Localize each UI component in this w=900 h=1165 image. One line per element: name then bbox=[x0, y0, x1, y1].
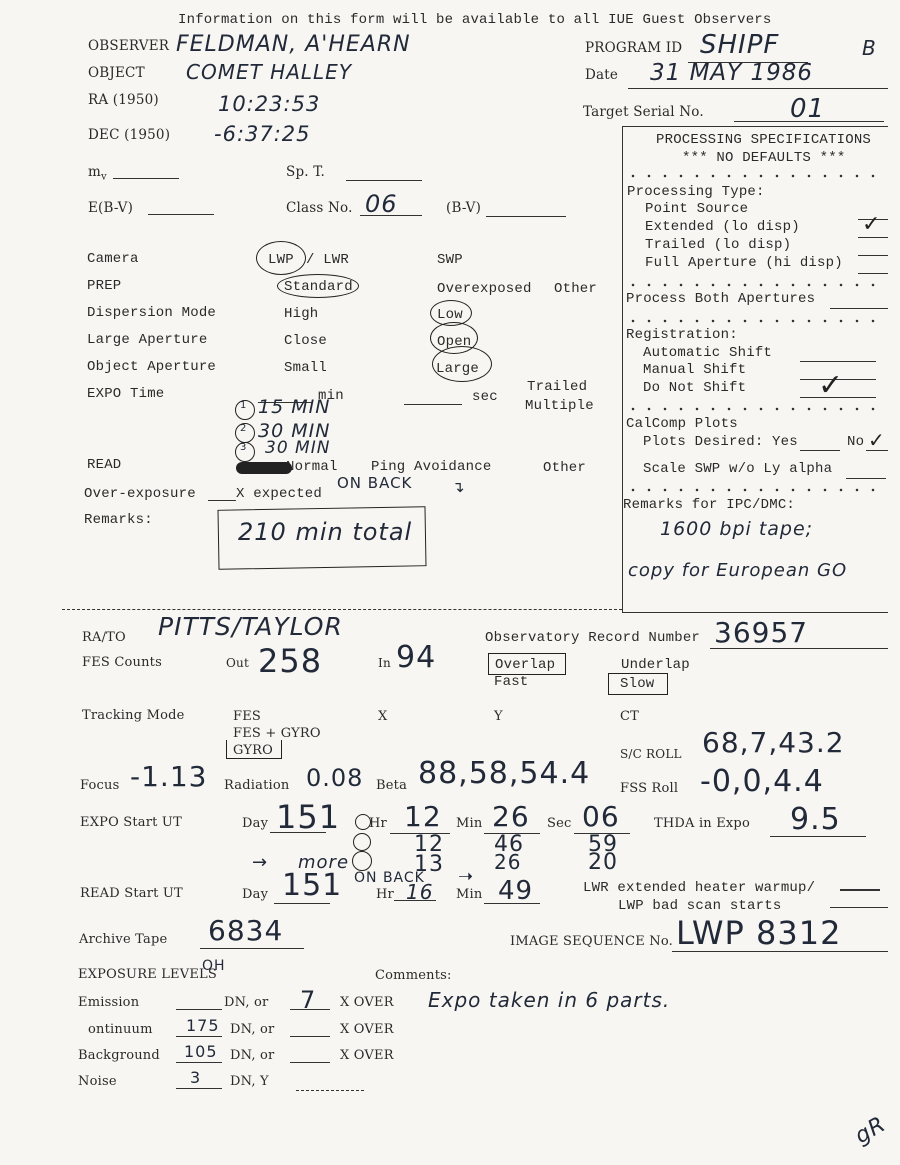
registration-manual[interactable]: Manual Shift bbox=[643, 362, 746, 378]
ipc-remarks-label: Remarks for IPC/DMC: bbox=[623, 497, 795, 513]
read-start-min-label: Min bbox=[456, 887, 482, 902]
ipc-remarks-line-1[interactable]: 1600 bpi tape; bbox=[660, 518, 813, 540]
archive-tape-value[interactable]: 6834 bbox=[208, 914, 283, 947]
expo-entry-2-num: 2 bbox=[240, 423, 247, 434]
read-label: READ bbox=[87, 457, 121, 473]
archive-tape-line bbox=[200, 948, 304, 949]
prep-label: PREP bbox=[87, 278, 121, 294]
mv-field[interactable] bbox=[113, 178, 179, 179]
class-no-label: Class No. bbox=[286, 200, 353, 216]
prep-option-overexposed[interactable]: Overexposed bbox=[437, 281, 532, 297]
target-serial-label: Target Serial No. bbox=[583, 104, 704, 120]
type-point-source[interactable]: Point Source bbox=[645, 201, 748, 217]
observer-value[interactable]: FELDMAN, A'HEARN bbox=[176, 32, 411, 57]
camera-selection-circle bbox=[256, 241, 306, 275]
noise-dn-y: DN, Y bbox=[230, 1074, 269, 1089]
dec-value[interactable]: -6:37:25 bbox=[214, 122, 311, 146]
expo-start-min-label: Min bbox=[456, 816, 482, 831]
read-start-hr-label: Hr bbox=[376, 887, 394, 902]
expo-row-3-circle bbox=[352, 851, 372, 871]
scale-swp-label: Scale SWP w/o Ly alpha bbox=[643, 461, 832, 477]
dotted-divider bbox=[625, 407, 887, 411]
plots-desired-label: Plots Desired: Yes bbox=[643, 434, 798, 450]
dispersion-option-high[interactable]: High bbox=[284, 306, 318, 322]
fss-roll-label: FSS Roll bbox=[620, 781, 678, 796]
obs-record-value[interactable]: 36957 bbox=[714, 616, 808, 649]
date-label: Date bbox=[585, 67, 618, 83]
read-start-min-value[interactable]: 49 bbox=[498, 876, 533, 906]
lwr-heater-field[interactable] bbox=[840, 889, 880, 891]
ra-label: RA (1950) bbox=[88, 92, 159, 108]
over-exposure-suffix: X expected bbox=[236, 486, 322, 502]
plots-yes-field[interactable] bbox=[800, 450, 840, 451]
continuum-label: ontinuum bbox=[88, 1022, 153, 1037]
read-start-day-value[interactable]: 151 bbox=[282, 868, 342, 903]
panel-top-border bbox=[622, 126, 888, 127]
expo-start-label: EXPO Start UT bbox=[80, 815, 182, 830]
large-aperture-label: Large Aperture bbox=[87, 332, 207, 348]
object-aperture-option-small[interactable]: Small bbox=[284, 360, 327, 376]
tracking-option-fes[interactable]: FES bbox=[233, 709, 261, 724]
focus-label: Focus bbox=[80, 778, 119, 793]
checkmark-icon: ✓ bbox=[868, 428, 885, 452]
beta-label: Beta bbox=[376, 778, 407, 793]
sc-roll-label: S/C ROLL bbox=[620, 747, 682, 761]
read-note: ON BACK bbox=[337, 474, 412, 492]
expo-sec-label: sec bbox=[472, 389, 498, 405]
section-separator bbox=[62, 609, 622, 610]
radiation-label: Radiation bbox=[224, 778, 289, 793]
remarks-value[interactable]: 210 min total bbox=[238, 518, 412, 546]
expo-multiple[interactable]: Multiple bbox=[525, 398, 594, 414]
object-label: OBJECT bbox=[88, 65, 145, 81]
background-dn-or: DN, or bbox=[230, 1048, 274, 1063]
fes-fast[interactable]: Fast bbox=[494, 674, 528, 690]
process-both-apertures: Process Both Apertures bbox=[626, 291, 815, 307]
thda-label: THDA in Expo bbox=[654, 816, 750, 831]
camera-option-lwr[interactable]: / LWR bbox=[306, 252, 349, 268]
expo-row-3-min[interactable]: 26 bbox=[494, 850, 521, 874]
date-value[interactable]: 31 MAY 1986 bbox=[650, 60, 813, 86]
program-id-label: PROGRAM ID bbox=[585, 40, 682, 56]
expo-entry-1-num: 1 bbox=[240, 400, 247, 411]
dotted-divider bbox=[625, 174, 887, 178]
thda-value[interactable]: 9.5 bbox=[790, 802, 841, 837]
dec-label: DEC (1950) bbox=[88, 127, 170, 143]
expo-row-2-circle bbox=[353, 833, 371, 851]
expo-start-day-value[interactable]: 151 bbox=[276, 798, 340, 836]
calcomp-label: CalComp Plots bbox=[626, 416, 738, 432]
sp-t-label: Sp. T. bbox=[286, 164, 325, 180]
obs-record-line bbox=[710, 648, 888, 649]
dotted-divider bbox=[625, 283, 887, 287]
object-aperture-label: Object Aperture bbox=[87, 359, 216, 375]
type-extended[interactable]: Extended (lo disp) bbox=[645, 219, 800, 235]
image-seq-value[interactable]: LWP 8312 bbox=[676, 914, 841, 952]
bv-field[interactable] bbox=[486, 216, 566, 217]
emission-dn-field[interactable] bbox=[176, 1009, 222, 1010]
image-seq-label: IMAGE SEQUENCE No. bbox=[510, 934, 673, 949]
expo-start-hr-label: Hr bbox=[369, 816, 387, 831]
panel-left-border bbox=[622, 126, 623, 612]
class-no-value[interactable]: 06 bbox=[365, 190, 398, 218]
expo-row-1-sec[interactable]: 06 bbox=[582, 800, 620, 833]
noise-label: Noise bbox=[78, 1074, 117, 1089]
form-notice: Information on this form will be availab… bbox=[178, 12, 772, 28]
read-min-line bbox=[484, 903, 540, 904]
target-serial-line bbox=[734, 121, 884, 122]
over-exposure-label: Over-exposure bbox=[84, 486, 196, 502]
observer-label: OBSERVER bbox=[88, 38, 169, 54]
beta-value[interactable]: 88,58,54.4 bbox=[418, 756, 590, 791]
noise-dn-field[interactable] bbox=[176, 1088, 222, 1089]
archive-tape-label: Archive Tape bbox=[79, 932, 167, 947]
gyro-selection-box bbox=[226, 740, 282, 759]
expo-time-label: EXPO Time bbox=[87, 386, 164, 402]
emission-x-over-label: X OVER bbox=[340, 995, 394, 1010]
expo-row-1-min[interactable]: 26 bbox=[492, 800, 530, 833]
object-value[interactable]: COMET HALLEY bbox=[186, 60, 352, 84]
continuum-dn-or: DN, or bbox=[230, 1022, 274, 1037]
program-id-value[interactable]: SHIPF bbox=[700, 30, 779, 60]
continuum-dn-value[interactable]: 175 bbox=[186, 1016, 220, 1035]
date-line bbox=[628, 88, 888, 89]
processing-subtitle: *** NO DEFAULTS *** bbox=[682, 150, 845, 166]
ra-to-label: RA/TO bbox=[82, 630, 126, 645]
background-x-over-field[interactable] bbox=[290, 1062, 330, 1063]
read-start-day-label: Day bbox=[242, 887, 268, 902]
noise-dn-value[interactable]: 3 bbox=[190, 1068, 201, 1087]
slow-selection-box bbox=[608, 673, 668, 695]
class-no-line bbox=[360, 215, 422, 216]
background-x-over-label: X OVER bbox=[340, 1048, 394, 1063]
lwp-bad-scan-field[interactable] bbox=[830, 907, 888, 908]
camera-label: Camera bbox=[87, 251, 139, 267]
emission-x-over-value[interactable]: 7 bbox=[300, 986, 316, 1014]
image-seq-line bbox=[672, 951, 888, 952]
fss-roll-value[interactable]: -0,0,4.4 bbox=[700, 764, 824, 799]
fes-in-label: In bbox=[378, 656, 391, 670]
type-trailed-field[interactable] bbox=[858, 255, 888, 256]
obs-record-label: Observatory Record Number bbox=[485, 630, 700, 646]
lwr-heater-line2: LWP bad scan starts bbox=[618, 898, 781, 914]
expo-entry-3-num: 3 bbox=[240, 442, 247, 453]
read-hr-line bbox=[394, 900, 436, 901]
expo-entry-3-value[interactable]: 30 MIN bbox=[265, 438, 330, 458]
tracking-x: X bbox=[378, 709, 387, 724]
exposure-levels-note: OH bbox=[202, 958, 226, 974]
exposure-levels-label: EXPOSURE LEVELS bbox=[78, 967, 217, 982]
dotted-divider bbox=[625, 488, 887, 492]
continuum-dn-field[interactable] bbox=[176, 1036, 222, 1037]
read-option-normal[interactable]: Normal bbox=[286, 459, 338, 475]
ebv-label: E(B-V) bbox=[88, 200, 133, 216]
arrow-right-icon: → bbox=[252, 852, 268, 873]
initials: gR bbox=[851, 1112, 891, 1149]
process-both-apertures-field[interactable] bbox=[830, 308, 888, 309]
read-option-ping-avoidance[interactable]: Ping Avoidance bbox=[371, 459, 491, 475]
type-full-aperture-field[interactable] bbox=[858, 273, 888, 274]
fes-counts-label: FES Counts bbox=[82, 655, 162, 670]
processing-type-label: Processing Type: bbox=[627, 184, 765, 200]
noise-y-field[interactable] bbox=[296, 1090, 364, 1091]
panel-bottom-border bbox=[622, 612, 888, 613]
fes-underlap[interactable]: Underlap bbox=[621, 657, 690, 673]
expo-start-day-label: Day bbox=[242, 816, 268, 831]
registration-automatic[interactable]: Automatic Shift bbox=[643, 345, 772, 361]
checkmark-icon: ✓ bbox=[818, 368, 843, 403]
read-option-other[interactable]: Other bbox=[543, 460, 586, 476]
thda-line bbox=[770, 836, 866, 837]
checkmark-icon: ✓ bbox=[862, 212, 880, 237]
expo-row-3-sec[interactable]: 20 bbox=[588, 850, 618, 875]
tracking-option-fes-gyro[interactable]: FES + GYRO bbox=[233, 726, 321, 741]
radiation-value[interactable]: 0.08 bbox=[306, 764, 363, 792]
ebv-field[interactable] bbox=[148, 214, 214, 215]
arrow-down-icon: ↴ bbox=[452, 478, 466, 496]
sp-t-field[interactable] bbox=[346, 180, 422, 181]
ra-value[interactable]: 10:23:53 bbox=[218, 92, 320, 116]
continuum-x-over-field[interactable] bbox=[290, 1036, 330, 1037]
bv-label: (B-V) bbox=[446, 200, 481, 216]
object-aperture-selection-circle bbox=[432, 346, 492, 382]
lwr-heater-line1: LWR extended heater warmup/ bbox=[583, 880, 815, 896]
expo-sec-field[interactable] bbox=[404, 404, 462, 405]
comments-label: Comments: bbox=[375, 968, 452, 983]
expo-day-line bbox=[270, 832, 326, 833]
expo-entry-1-value[interactable]: 15 MIN bbox=[258, 396, 330, 418]
over-exposure-field[interactable] bbox=[208, 500, 236, 501]
tracking-y: Y bbox=[494, 709, 503, 724]
fes-out-value[interactable]: 258 bbox=[258, 642, 322, 680]
type-full-aperture[interactable]: Full Aperture (hi disp) bbox=[645, 255, 843, 271]
type-trailed[interactable]: Trailed (lo disp) bbox=[645, 237, 791, 253]
background-dn-field[interactable] bbox=[176, 1062, 222, 1063]
emission-label: Emission bbox=[78, 995, 139, 1010]
expo-row-1-circle bbox=[355, 814, 371, 830]
scale-swp-field[interactable] bbox=[846, 478, 886, 479]
remarks-label: Remarks: bbox=[84, 512, 153, 528]
tracking-mode-label: Tracking Mode bbox=[82, 708, 185, 723]
overlap-selection-box bbox=[488, 653, 566, 675]
processing-title: PROCESSING SPECIFICATIONS bbox=[656, 132, 871, 148]
scribble-mark bbox=[236, 462, 292, 474]
large-aperture-option-close[interactable]: Close bbox=[284, 333, 327, 349]
registration-label: Registration: bbox=[626, 327, 738, 343]
focus-value[interactable]: -1.13 bbox=[130, 760, 207, 793]
expo-row-1-hr[interactable]: 12 bbox=[404, 800, 442, 833]
type-extended-field[interactable] bbox=[858, 237, 888, 238]
corner-mark: B bbox=[862, 36, 877, 60]
ipc-remarks-line-2[interactable]: copy for European GO bbox=[628, 560, 847, 581]
target-serial-value[interactable]: 01 bbox=[790, 94, 825, 124]
continuum-x-over-label: X OVER bbox=[340, 1022, 394, 1037]
sc-roll-value[interactable]: 68,7,43.2 bbox=[702, 726, 845, 759]
registration-do-not-shift[interactable]: Do Not Shift bbox=[643, 380, 746, 396]
registration-automatic-field[interactable] bbox=[800, 361, 876, 362]
ra-to-value[interactable]: PITTS/TAYLOR bbox=[158, 612, 343, 641]
background-dn-value[interactable]: 105 bbox=[184, 1042, 218, 1061]
read-start-label: READ Start UT bbox=[80, 886, 183, 901]
fes-out-label: Out bbox=[226, 656, 249, 670]
arrow-right-icon: ➝ bbox=[458, 866, 474, 887]
emission-dn-or: DN, or bbox=[224, 995, 268, 1010]
plots-no-label: No bbox=[847, 434, 864, 450]
prep-selection-circle bbox=[277, 274, 359, 298]
dotted-divider bbox=[625, 319, 887, 323]
prep-option-other[interactable]: Other bbox=[554, 281, 597, 297]
expo-trailed[interactable]: Trailed bbox=[527, 379, 587, 395]
comments-value[interactable]: Expo taken in 6 parts. bbox=[428, 988, 670, 1012]
expo-start-sec-label: Sec bbox=[547, 816, 571, 831]
read-day-line bbox=[274, 903, 330, 904]
background-label: Background bbox=[78, 1048, 160, 1063]
mv-label: mv bbox=[88, 164, 107, 183]
camera-option-swp[interactable]: SWP bbox=[437, 252, 463, 268]
fes-in-value[interactable]: 94 bbox=[396, 640, 436, 675]
tracking-ct: CT bbox=[620, 709, 639, 724]
dispersion-label: Dispersion Mode bbox=[87, 305, 216, 321]
